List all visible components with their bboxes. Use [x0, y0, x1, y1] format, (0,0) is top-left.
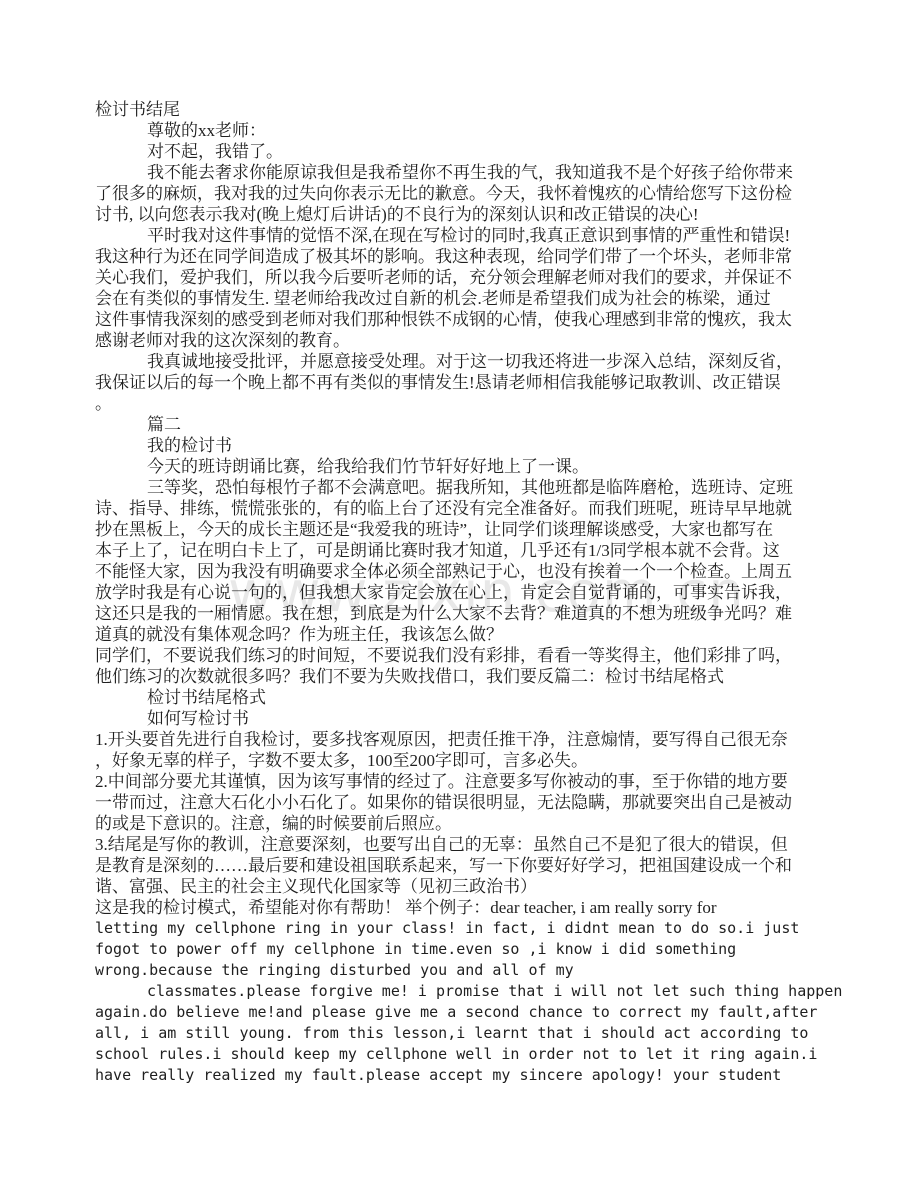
text-line: 谐、富强、民主的社会主义现代化国家等（见初三政治书）	[95, 876, 843, 897]
text-line: 我真诚地接受批评，并愿意接受处理。对于这一切我还将进一步深入总结，深刻反省，	[95, 351, 843, 372]
text-line: 我的检讨书	[95, 435, 843, 456]
document-page: www.zixin.com.cn 检讨书结尾尊敬的xx老师：对不起，我错了。我不…	[0, 0, 920, 1191]
text-line: 。	[95, 393, 843, 414]
text-line: have really realized my fault.please acc…	[95, 1065, 843, 1086]
text-line: all, i am still young. from this lesson,…	[95, 1023, 843, 1044]
text-line: 的或是下意识的。注意，编的时候要前后照应。	[95, 813, 843, 834]
text-line: 这是我的检讨模式，希望能对你有帮助！ 举个例子：dear teacher, i …	[95, 897, 843, 918]
text-line: 讨书, 以向您表示我对(晚上熄灯后讲话)的不良行为的深刻认识和改正错误的决心!	[95, 204, 843, 225]
text-line: letting my cellphone ring in your class!…	[95, 918, 843, 939]
text-line: 这还只是我的一厢情愿。我在想，到底是为什么大家不去背？难道真的不想为班级争光吗？…	[95, 603, 843, 624]
text-line: 对不起，我错了。	[95, 141, 843, 162]
text-line: again.do believe me!and please give me a…	[95, 1002, 843, 1023]
text-line: 关心我们，爱护我们，所以我今后要听老师的话，充分领会理解老师对我们的要求，并保证…	[95, 267, 843, 288]
text-line: 这件事情我深刻的感受到老师对我们那种恨铁不成钢的心情，使我心理感到非常的愧疚，我…	[95, 309, 843, 330]
text-line: 我保证以后的每一个晚上都不再有类似的事情发生!恳请老师相信我能够记取教训、改正错…	[95, 372, 843, 393]
text-line: 平时我对这件事情的觉悟不深,在现在写检讨的同时,我真正意识到事情的严重性和错误!	[95, 225, 843, 246]
text-line: 3.结尾是写你的教训，注意要深刻，也要写出自己的无辜：虽然自己不是犯了很大的错误…	[95, 834, 843, 855]
text-line: 一带而过，注意大石化小小石化了。如果你的错误很明显，无法隐瞒，那就要突出自己是被…	[95, 792, 843, 813]
document-body: 检讨书结尾尊敬的xx老师：对不起，我错了。我不能去奢求你能原谅我但是我希望你不再…	[95, 99, 843, 1086]
text-line: 三等奖，恐怕每根竹子都不会满意吧。据我所知，其他班都是临阵磨枪，选班诗、定班	[95, 477, 843, 498]
text-line: 是教育是深刻的……最后要和建设祖国联系起来，写一下你要好好学习，把祖国建设成一个…	[95, 855, 843, 876]
text-line: 抄在黑板上，今天的成长主题还是“我爱我的班诗”，让同学们谈理解谈感受，大家也都写…	[95, 519, 843, 540]
text-line: 道真的就没有集体观念吗？作为班主任，我该怎么做？	[95, 624, 843, 645]
text-line: 同学们，不要说我们练习的时间短，不要说我们没有彩排，看看一等奖得主，他们彩排了吗…	[95, 645, 843, 666]
text-line: 今天的班诗朗诵比赛，给我给我们竹节轩好好地上了一课。	[95, 456, 843, 477]
text-line: 如何写检讨书	[95, 708, 843, 729]
screenshot-root: { "page": { "background_color": "#ffffff…	[0, 0, 920, 1191]
text-line: 我不能去奢求你能原谅我但是我希望你不再生我的气，我知道我不是个好孩子给你带来	[95, 162, 843, 183]
text-line: 他们练习的次数就很多吗？我们不要为失败找借口，我们要反篇二：检讨书结尾格式	[95, 666, 843, 687]
text-line: 尊敬的xx老师：	[95, 120, 843, 141]
text-line: 检讨书结尾格式	[95, 687, 843, 708]
text-line: classmates.please forgive me! i promise …	[95, 981, 843, 1002]
text-line: 篇二	[95, 414, 843, 435]
text-line: 诗、指导、排练，慌慌张张的，有的临上台了还没有完全准备好。而我们班呢，班诗早早地…	[95, 498, 843, 519]
text-line: ，好象无辜的样子，字数不要太多，100至200字即可，言多必失。	[95, 750, 843, 771]
text-line: wrong.because the ringing disturbed you …	[95, 960, 843, 981]
text-line: 感谢老师对我的这次深刻的教育。	[95, 330, 843, 351]
text-line: 放学时我是有心说一句的，但我想大家肯定会放在心上，肯定会自觉背诵的，可事实告诉我…	[95, 582, 843, 603]
text-line: 2.中间部分要尤其谨慎，因为该写事情的经过了。注意要多写你被动的事，至于你错的地…	[95, 771, 843, 792]
text-line: 1.开头要首先进行自我检讨，要多找客观原因，把责任推干净，注意煽情，要写得自己很…	[95, 729, 843, 750]
text-line: 我这种行为还在同学间造成了极其坏的影响。我这种表现，给同学们带了一个坏头，老师非…	[95, 246, 843, 267]
text-line: 本子上了，记在明白卡上了，可是朗诵比赛时我才知道，几乎还有1/3同学根本就不会背…	[95, 540, 843, 561]
text-line: school rules.i should keep my cellphone …	[95, 1044, 843, 1065]
text-line: fogot to power off my cellphone in time.…	[95, 939, 843, 960]
text-line: 不能怪大家，因为我没有明确要求全体必须全部熟记于心，也没有挨着一个一个检查。上周…	[95, 561, 843, 582]
document-title: 检讨书结尾	[95, 99, 843, 120]
text-line: 了很多的麻烦，我对我的过失向你表示无比的歉意。今天，我怀着愧疚的心情给您写下这份…	[95, 183, 843, 204]
text-line: 会在有类似的事情发生. 望老师给我改过自新的机会.老师是希望我们成为社会的栋梁，…	[95, 288, 843, 309]
